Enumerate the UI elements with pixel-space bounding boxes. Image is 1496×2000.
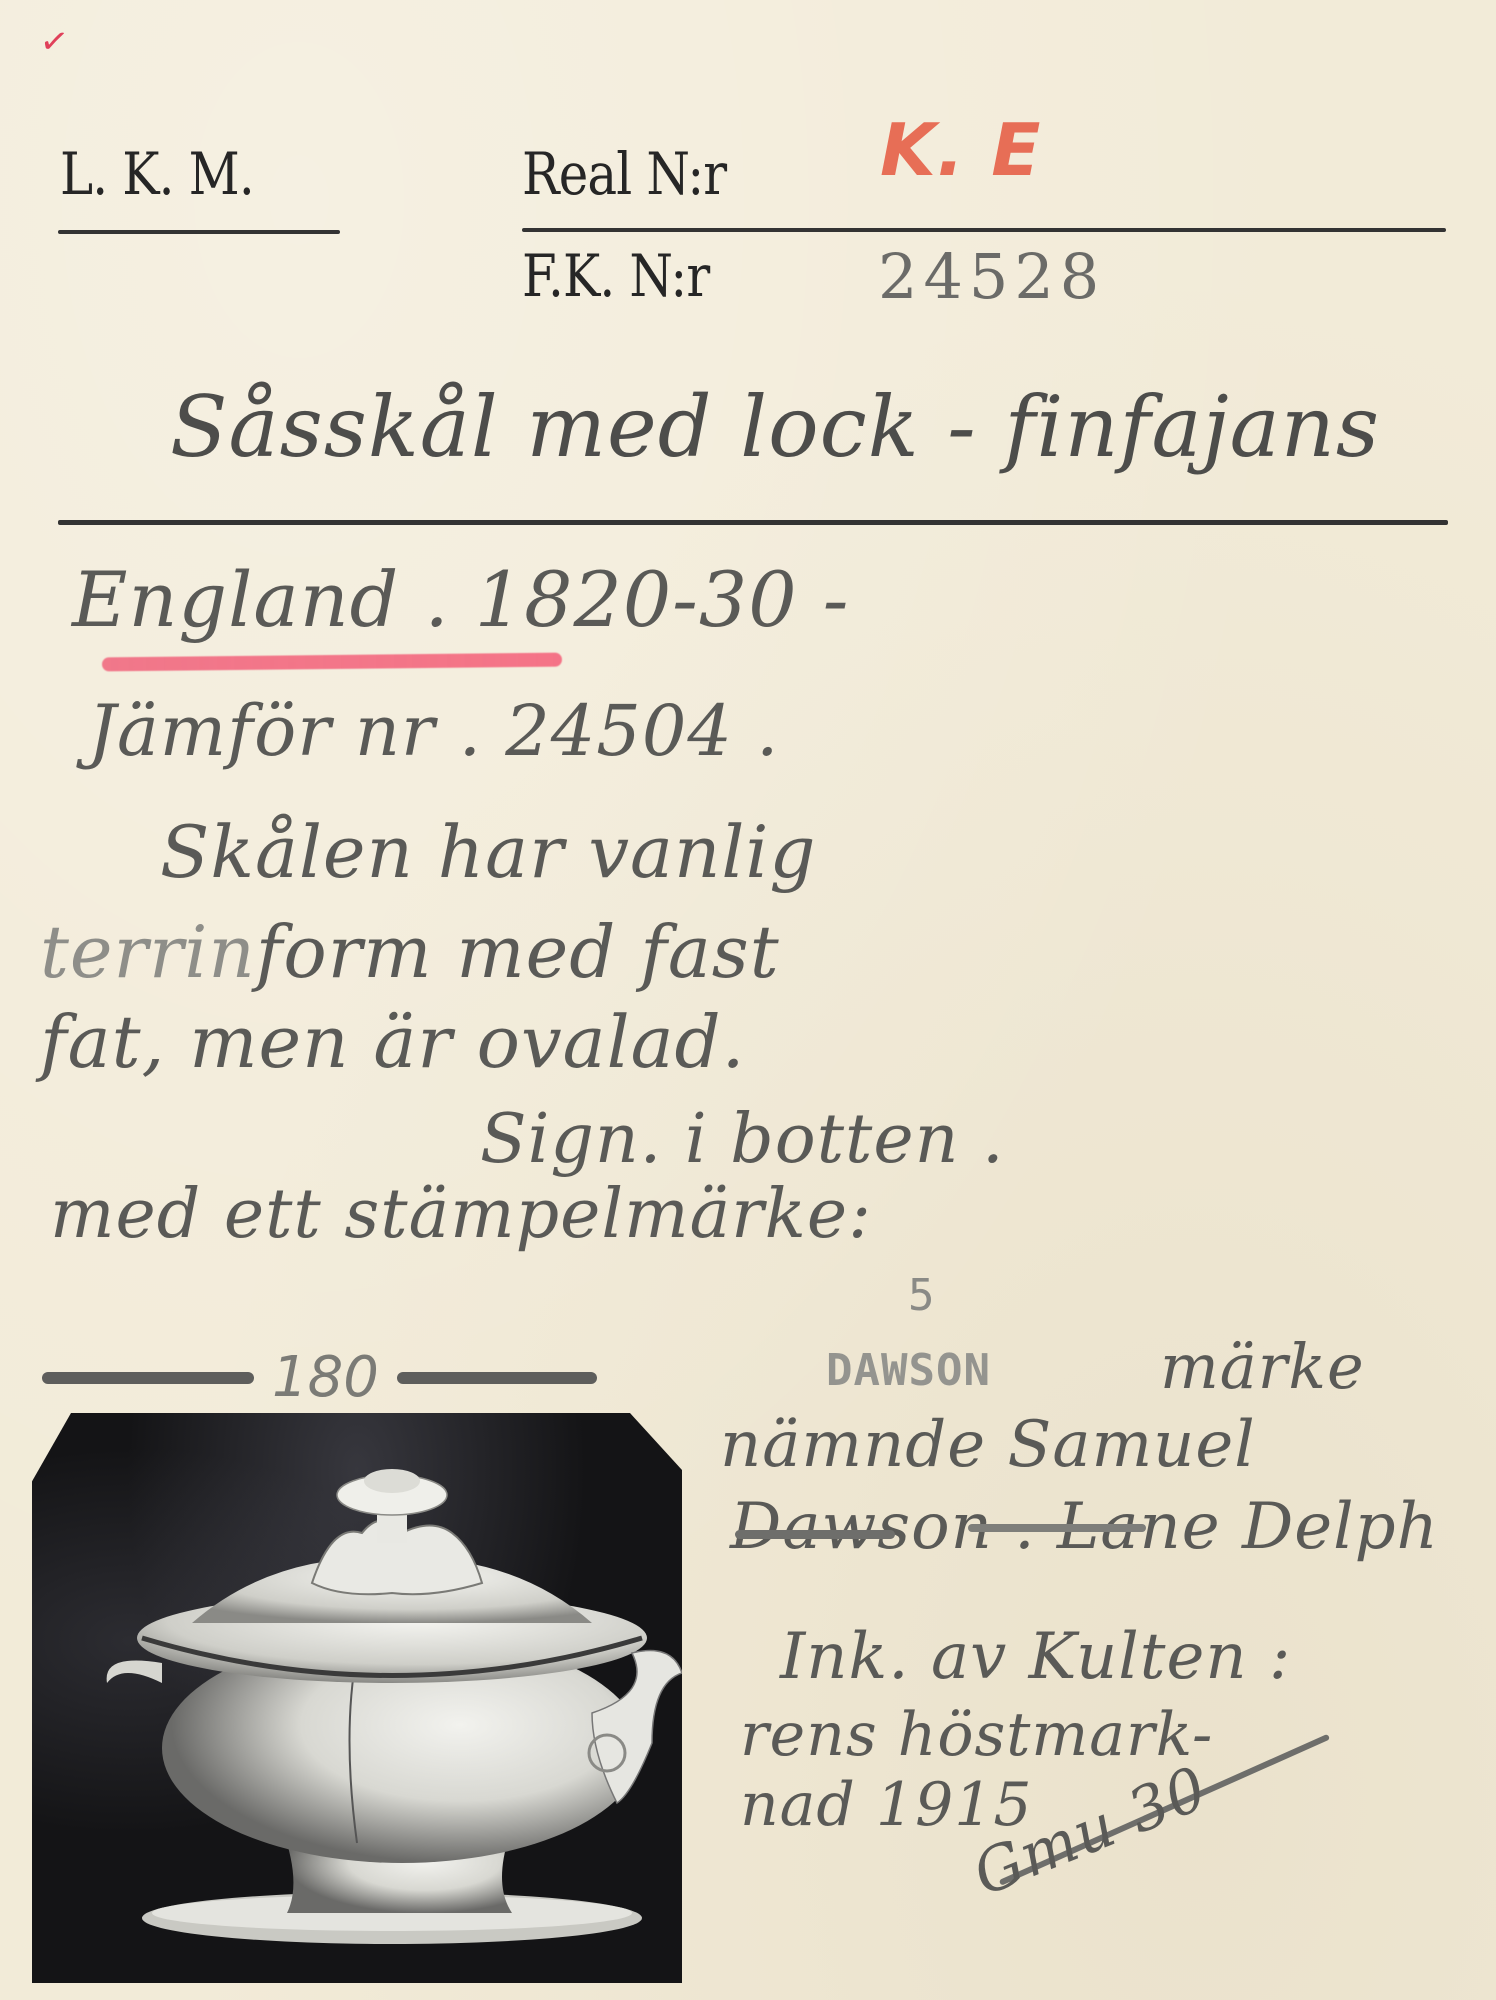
- header-rule: [522, 228, 1446, 232]
- fk-number-label: F.K. N:r: [522, 242, 709, 310]
- institution-rule: [58, 230, 340, 234]
- object-title: Såsskål med lock - finfajans: [170, 378, 1380, 476]
- description-faint-word: terrin: [40, 910, 256, 994]
- origin-date-line: England . 1820-30 -: [72, 555, 849, 644]
- acquisition-line-3: nad 1915: [740, 1770, 1033, 1840]
- check-mark-icon: ✓: [37, 20, 71, 64]
- description-line-2-text: form med fast: [256, 910, 780, 994]
- description-line-3: fat, men är ovalad.: [40, 1000, 746, 1084]
- lane-delph-underline: [968, 1524, 1146, 1532]
- acquisition-line-1: Ink. av Kulten :: [780, 1620, 1291, 1694]
- description-line-5: med ett stämpelmärke:: [50, 1175, 872, 1254]
- measurement-dash-left: [42, 1372, 254, 1384]
- description-line-4: Sign. i botten .: [480, 1100, 1005, 1179]
- description-line-2: terrinform med fast: [40, 910, 780, 994]
- dawson-underline: [735, 1530, 895, 1539]
- measurement-dash-right: [397, 1372, 597, 1384]
- institution-label: L. K. M.: [60, 140, 254, 208]
- compare-line: Jämför nr . 24504 .: [88, 690, 779, 772]
- tureen-photograph: [32, 1413, 682, 1983]
- maker-note-line-1: märke: [1160, 1330, 1365, 1403]
- measurement-value: 180: [272, 1345, 379, 1410]
- acquisition-line-2: rens höstmark-: [740, 1700, 1213, 1770]
- stamp-maker-mark: DAWSON: [826, 1345, 991, 1396]
- width-measurement: 180: [42, 1345, 597, 1410]
- red-pencil-underline: [102, 653, 562, 672]
- real-number-label: Real N:r: [522, 140, 726, 208]
- description-line-1: Skålen har vanlig: [160, 810, 817, 894]
- catalog-card: ✓ L. K. M. Real N:r K. E F.K. N:r 24528 …: [0, 0, 1496, 2000]
- title-rule: [58, 520, 1448, 525]
- stamp-number: 5: [908, 1270, 935, 1321]
- maker-note-line-2: nämnde Samuel: [720, 1408, 1256, 1482]
- tureen-icon: [32, 1413, 682, 1983]
- fk-number-value: 24528: [878, 240, 1105, 313]
- real-number-value: K. E: [880, 108, 1041, 192]
